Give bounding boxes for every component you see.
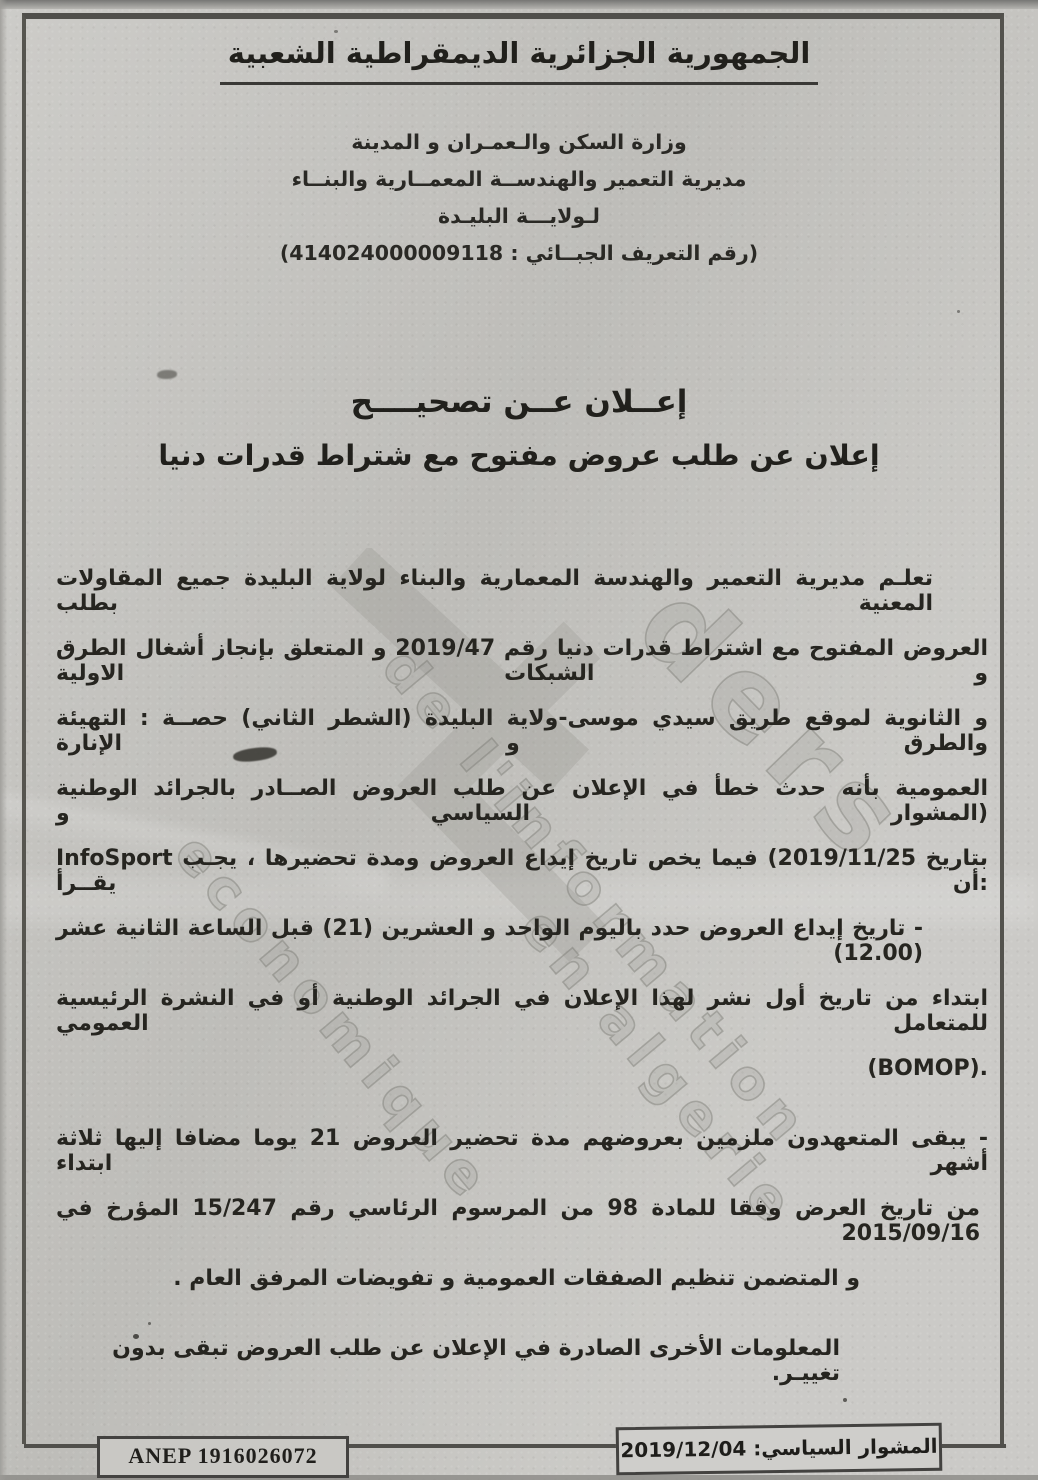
- anep-reference: ANEP 1916026072: [128, 1443, 317, 1468]
- tender-title: إعلان عن طلب عروض مفتوح مع شتراط قدرات د…: [0, 430, 1038, 482]
- issuing-authority-block: وزارة السكن والـعمـران و المدينة مديرية …: [0, 124, 1038, 272]
- anep-reference-box: ANEP 1916026072: [97, 1436, 349, 1478]
- announcement-body: تعلـم مديرية التعمير والهندسة المعمارية …: [56, 566, 988, 1406]
- body-line: تعلـم مديرية التعمير والهندسة المعمارية …: [56, 566, 988, 636]
- ink-speck: [957, 310, 960, 313]
- ink-speck: [148, 1322, 151, 1325]
- country-header: الجمهورية الجزائرية الديمقراطية الشعبية: [0, 36, 1038, 85]
- body-line: و الثانوية لموقع طريق سيدي موسى-ولاية ال…: [56, 706, 988, 776]
- ink-mark: [157, 370, 177, 379]
- correction-title: إعــلان عــن تصحيــــح: [0, 374, 1038, 430]
- body-line: من تاريخ العرض وفقا للمادة 98 من المرسوم…: [56, 1196, 988, 1266]
- country-header-text: الجمهورية الجزائرية الديمقراطية الشعبية: [220, 36, 819, 85]
- body-line: - يبقى المتعهدون ملزمين بعروضهم مدة تحضي…: [56, 1126, 988, 1196]
- body-line-bomop: (BOMOP).: [56, 1056, 988, 1126]
- newspaper-date-box: المشوار السياسي: 2019/12/04: [616, 1423, 943, 1476]
- announcement-title-block: إعــلان عــن تصحيــــح إعلان عن طلب عروض…: [0, 374, 1038, 482]
- body-line: و المتضمن تنظيم الصفقات العمومية و تفويض…: [56, 1266, 988, 1336]
- body-line: المعلومات الأخرى الصادرة في الإعلان عن ط…: [56, 1336, 988, 1406]
- scan-edge-top: [0, 0, 1038, 9]
- wilaya-line: لـولايـــة البليـدة: [0, 198, 1038, 235]
- body-line: InfoSport بتاريخ 2019/11/25) فيما يخص تا…: [56, 846, 988, 916]
- body-line: - تاريخ إيداع العروض حدد باليوم الواحد و…: [56, 916, 988, 986]
- ink-speck: [334, 30, 338, 33]
- tax-id-line: (رقم التعريف الجبــائي : 414024000009118…: [0, 235, 1038, 272]
- directorate-line: مديرية التعمير والهندســة المعمــارية وا…: [0, 161, 1038, 198]
- newspaper-name-date: المشوار السياسي: 2019/12/04: [620, 1434, 937, 1462]
- ink-speck: [843, 1398, 847, 1402]
- ministry-line: وزارة السكن والـعمـران و المدينة: [0, 124, 1038, 161]
- ink-speck: [133, 1334, 139, 1339]
- scan-edge-left: [0, 0, 7, 1480]
- body-line: العمومية بأنه حدث خطأ في الإعلان عن طلب …: [56, 776, 988, 846]
- scanned-newspaper-announcement: ders de l'information economique en alge…: [0, 0, 1038, 1480]
- body-line: العروض المفتوح مع اشتراط قدرات دنيا رقم …: [56, 636, 988, 706]
- body-line: ابتداء من تاريخ أول نشر لهذا الإعلان في …: [56, 986, 988, 1056]
